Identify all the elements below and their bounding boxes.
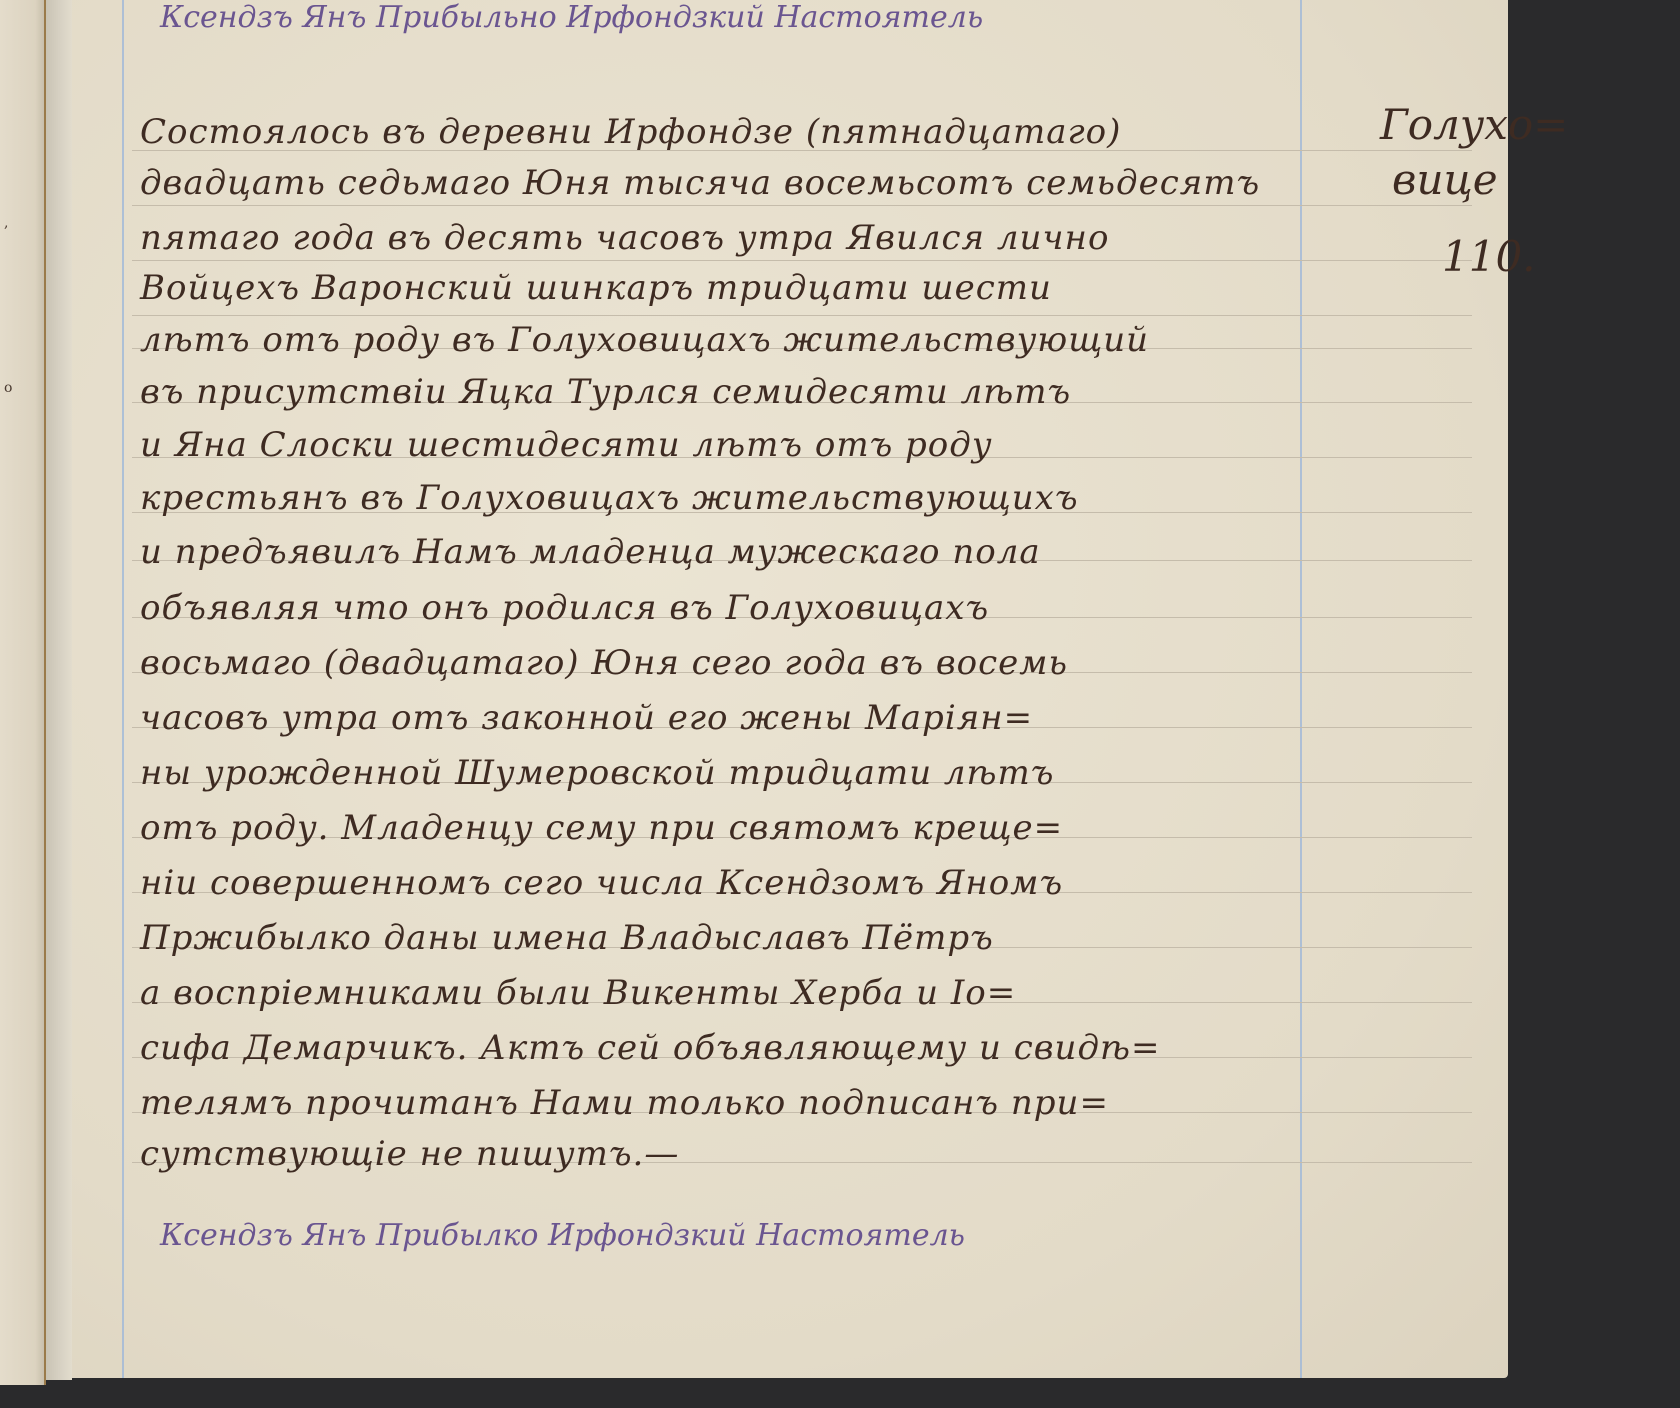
document-page: Ксендзъ Янъ Прибыльно Ирфондзкий Настоят…: [72, 0, 1508, 1378]
left-page-edge: , o: [0, 0, 46, 1385]
record-text-line: ны урожденной Шумеровской тридцати лѣтъ: [140, 753, 1054, 793]
record-text-line: восьмаго (двадцатаго) Юня сего года въ в…: [140, 643, 1068, 683]
right-margin-line: [1300, 0, 1302, 1378]
record-text-line: сутствующіе не пишутъ.—: [140, 1134, 679, 1174]
ruled-line: [132, 260, 1472, 261]
record-text-line: въ присутствіи Яцка Турлся семидесяти лѣ…: [140, 372, 1071, 412]
record-text-line: Войцехъ Варонский шинкаръ тридцати шести: [140, 268, 1052, 308]
record-text-line: двадцать седьмаго Юня тысяча восемьсотъ …: [140, 163, 1260, 203]
margin-place-name-cont: вице: [1392, 155, 1498, 204]
record-text-line: и предъявилъ Намъ младенца мужескаго пол…: [140, 532, 1041, 572]
record-text-line: ніи совершенномъ сего числа Ксендзомъ Ян…: [140, 863, 1063, 903]
left-margin-line: [122, 0, 124, 1378]
record-text-line: сифа Демарчикъ. Актъ сей объявляющему и …: [140, 1028, 1161, 1068]
record-text-line: и Яна Слоски шестидесяти лѣтъ отъ роду: [140, 425, 993, 465]
margin-place-name: Голухо=: [1380, 100, 1568, 149]
record-text-line: а воспріемниками были Викенты Херба и Іо…: [140, 973, 1016, 1013]
record-text-line: объявляя что онъ родился въ Голуховицахъ: [140, 588, 989, 628]
record-text-line: крестьянъ въ Голуховицахъ жительствующих…: [140, 478, 1079, 518]
record-text-line: телямъ прочитанъ Нами только подписанъ п…: [140, 1083, 1109, 1123]
record-text-line: Состоялось въ деревни Ирфондзе (пятнадца…: [140, 112, 1121, 152]
record-text-line: отъ роду. Младенцу сему при святомъ крещ…: [140, 808, 1063, 848]
record-number: 110.: [1442, 232, 1536, 281]
priest-signature: Ксендзъ Янъ Прибылко Ирфондзкий Настояте…: [160, 1218, 965, 1253]
record-text-line: Пржибылко даны имена Владыславъ Пётръ: [140, 918, 994, 958]
record-text-line: часовъ утра отъ законной его жены Маріян…: [140, 698, 1033, 738]
left-page-mark: ,: [4, 215, 8, 231]
ruled-line: [132, 205, 1472, 206]
ruled-line: [132, 315, 1472, 316]
record-text-line: пятаго года въ десять часовъ утра Явился…: [140, 218, 1109, 258]
previous-record-signature: Ксендзъ Янъ Прибыльно Ирфондзкий Настоят…: [160, 0, 983, 35]
record-text-line: лѣтъ отъ роду въ Голуховицахъ жительству…: [140, 320, 1149, 360]
book-gutter: [46, 0, 72, 1380]
left-page-mark: o: [4, 380, 12, 396]
